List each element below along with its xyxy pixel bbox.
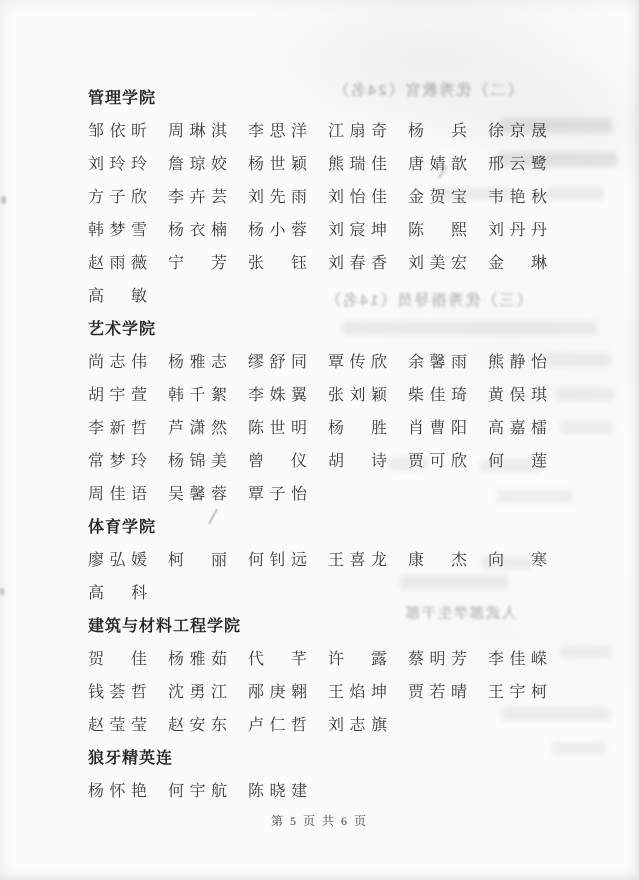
name-cell: 刘怡佳 xyxy=(328,184,387,207)
name-cell: 杨怀艳 xyxy=(88,778,147,801)
name-cell: 代 芊 xyxy=(248,646,307,669)
name-row: 高 科 xyxy=(88,575,550,608)
name-cell: 韩千絮 xyxy=(168,382,227,405)
name-cell: 柴佳琦 xyxy=(408,382,467,405)
name-cell: 杨 胜 xyxy=(328,415,387,438)
name-cell: 刘丹丹 xyxy=(488,217,547,240)
name-cell: 胡宇萱 xyxy=(88,382,147,405)
name-cell: 刘志旗 xyxy=(328,712,387,735)
name-cell: 周琳淇 xyxy=(168,118,227,141)
name-cell: 邴庚翱 xyxy=(248,679,307,702)
name-cell: 方子欣 xyxy=(88,184,147,207)
name-row: 周佳语吴馨蓉覃子怡 xyxy=(88,476,550,509)
name-cell: 杨小蓉 xyxy=(248,217,307,240)
name-cell: 高嘉檑 xyxy=(488,415,547,438)
name-row: 赵雨薇宁 芳张 钰刘春香刘美宏金 琳 xyxy=(88,245,550,278)
name-row: 高 敏 xyxy=(88,278,550,311)
name-cell: 曾 仪 xyxy=(248,448,307,471)
name-row: 尚志伟杨雅志缪舒同覃传欣余馨雨熊静怡 xyxy=(88,344,550,377)
bleedthrough-smudge xyxy=(556,388,614,401)
name-cell: 赵安东 xyxy=(168,712,227,735)
name-cell: 杨衣楠 xyxy=(168,217,227,240)
name-row: 韩梦雪杨衣楠杨小蓉刘宸坤陈 熙刘丹丹 xyxy=(88,212,550,245)
name-cell: 柯 丽 xyxy=(168,547,227,570)
name-cell: 高 敏 xyxy=(88,283,147,306)
name-cell: 陈晓建 xyxy=(248,778,307,801)
bleedthrough-smudge xyxy=(545,353,611,366)
name-cell: 杨锦美 xyxy=(168,448,227,471)
name-cell: 何宇航 xyxy=(168,778,227,801)
section-title: 体育学院 xyxy=(88,509,550,542)
name-cell: 刘先雨 xyxy=(248,184,307,207)
name-cell: 陈 熙 xyxy=(408,217,467,240)
name-cell: 胡 诗 xyxy=(328,448,387,471)
name-row: 常梦玲杨锦美曾 仪胡 诗贾可欣何 莲 xyxy=(88,443,550,476)
name-cell: 王喜龙 xyxy=(328,547,387,570)
section-title: 管理学院 xyxy=(88,80,550,113)
name-cell: 邢云鹭 xyxy=(488,151,547,174)
scan-artifact xyxy=(0,588,4,595)
name-cell: 向 寒 xyxy=(488,547,547,570)
name-cell: 徐京晟 xyxy=(488,118,547,141)
name-cell: 金 琳 xyxy=(488,250,547,273)
name-cell: 韦艳秋 xyxy=(488,184,547,207)
name-cell: 唐婧歆 xyxy=(408,151,467,174)
name-cell: 杨雅茹 xyxy=(168,646,227,669)
name-cell: 蔡明芳 xyxy=(408,646,467,669)
name-cell: 张 钰 xyxy=(248,250,307,273)
name-cell: 杨世颖 xyxy=(248,151,307,174)
name-cell: 刘宸坤 xyxy=(328,217,387,240)
name-row: 杨怀艳何宇航陈晓建 xyxy=(88,773,550,806)
name-row: 贺 佳杨雅茹代 芊许 露蔡明芳李佳嵘 xyxy=(88,641,550,674)
name-cell: 李思洋 xyxy=(248,118,307,141)
name-cell: 刘美宏 xyxy=(408,250,467,273)
name-cell: 杨 兵 xyxy=(408,118,467,141)
name-cell: 许 露 xyxy=(328,646,387,669)
name-row: 廖弘媛柯 丽何钊远王喜龙康 杰向 寒 xyxy=(88,542,550,575)
name-cell: 肖曹阳 xyxy=(408,415,467,438)
name-cell: 詹琼姣 xyxy=(168,151,227,174)
bleedthrough-smudge xyxy=(546,187,604,200)
name-cell: 贺 佳 xyxy=(88,646,147,669)
bleedthrough-smudge xyxy=(560,421,614,434)
name-cell: 贾可欣 xyxy=(408,448,467,471)
name-row: 刘玲玲詹琼姣杨世颖熊瑞佳唐婧歆邢云鹭 xyxy=(88,146,550,179)
content: 管理学院邹依昕周琳淇李思洋江扇奇杨 兵徐京晟刘玲玲詹琼姣杨世颖熊瑞佳唐婧歆邢云鹭… xyxy=(88,80,550,806)
name-cell: 宁 芳 xyxy=(168,250,227,273)
name-cell: 金贺宝 xyxy=(408,184,467,207)
name-cell: 杨雅志 xyxy=(168,349,227,372)
name-cell: 熊静怡 xyxy=(488,349,547,372)
scan-artifact xyxy=(1,196,6,204)
name-cell: 廖弘媛 xyxy=(88,547,147,570)
bleedthrough-smudge xyxy=(560,646,612,658)
name-row: 赵莹莹赵安东卢仁哲刘志旗 xyxy=(88,707,550,740)
name-cell: 何 莲 xyxy=(488,448,547,471)
name-cell: 康 杰 xyxy=(408,547,467,570)
section-title: 艺术学院 xyxy=(88,311,550,344)
name-cell: 缪舒同 xyxy=(248,349,307,372)
name-cell: 沈勇江 xyxy=(168,679,227,702)
scanned-page: （二）优秀教官（24名） （三）优秀指导员（14名） 人武部学生干部 管理学院邹… xyxy=(0,0,639,880)
name-cell: 李佳嵘 xyxy=(488,646,547,669)
name-cell: 黄俣琪 xyxy=(488,382,547,405)
name-cell: 邹依昕 xyxy=(88,118,147,141)
name-cell: 尚志伟 xyxy=(88,349,147,372)
name-cell: 贾若晴 xyxy=(408,679,467,702)
name-cell: 赵雨薇 xyxy=(88,250,147,273)
name-cell: 刘春香 xyxy=(328,250,387,273)
name-cell: 周佳语 xyxy=(88,481,147,504)
name-cell: 陈世明 xyxy=(248,415,307,438)
name-row: 胡宇萱韩千絮李姝翼张刘颖柴佳琦黄俣琪 xyxy=(88,377,550,410)
name-row: 钱荟哲沈勇江邴庚翱王焰坤贾若晴王宇柯 xyxy=(88,674,550,707)
name-cell: 王宇柯 xyxy=(488,679,547,702)
name-cell: 江扇奇 xyxy=(328,118,387,141)
name-cell: 吴馨蓉 xyxy=(168,481,227,504)
name-row: 邹依昕周琳淇李思洋江扇奇杨 兵徐京晟 xyxy=(88,113,550,146)
section-title: 狼牙精英连 xyxy=(88,740,550,773)
section-title: 建筑与材料工程学院 xyxy=(88,608,550,641)
name-cell: 余馨雨 xyxy=(408,349,467,372)
name-cell: 王焰坤 xyxy=(328,679,387,702)
name-cell: 高 科 xyxy=(88,580,147,603)
name-row: 李新哲芦潇然陈世明杨 胜肖曹阳高嘉檑 xyxy=(88,410,550,443)
bleedthrough-smudge xyxy=(552,742,606,755)
name-row: 方子欣李卉芸刘先雨刘怡佳金贺宝韦艳秋 xyxy=(88,179,550,212)
name-cell: 覃子怡 xyxy=(248,481,307,504)
name-cell: 熊瑞佳 xyxy=(328,151,387,174)
page-footer: 第 5 页 共 6 页 xyxy=(0,812,639,829)
name-cell: 张刘颖 xyxy=(328,382,387,405)
name-cell: 李新哲 xyxy=(88,415,147,438)
name-cell: 覃传欣 xyxy=(328,349,387,372)
name-cell: 卢仁哲 xyxy=(248,712,307,735)
name-cell: 李姝翼 xyxy=(248,382,307,405)
name-cell: 李卉芸 xyxy=(168,184,227,207)
name-cell: 钱荟哲 xyxy=(88,679,147,702)
name-cell: 何钊远 xyxy=(248,547,307,570)
name-cell: 芦潇然 xyxy=(168,415,227,438)
name-cell: 常梦玲 xyxy=(88,448,147,471)
name-cell: 刘玲玲 xyxy=(88,151,147,174)
name-cell: 赵莹莹 xyxy=(88,712,147,735)
name-cell: 韩梦雪 xyxy=(88,217,147,240)
